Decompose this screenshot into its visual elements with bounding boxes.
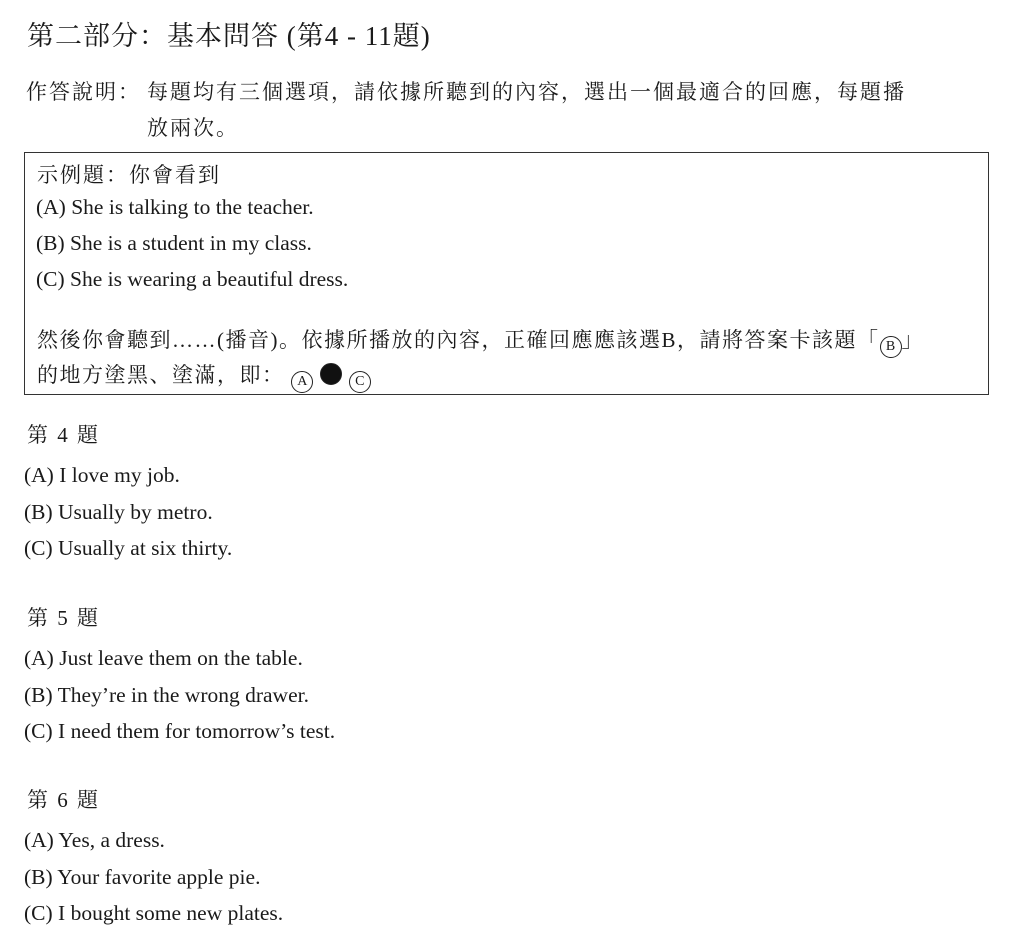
- question-heading: 第 4 題: [27, 420, 232, 457]
- question-6: 第 6 題 (A) Yes, a dress. (B) Your favorit…: [24, 785, 283, 932]
- bubble-c-empty-icon: C: [349, 371, 371, 393]
- question-heading: 第 6 題: [27, 785, 283, 822]
- question-4: 第 4 題 (A) I love my job. (B) Usually by …: [24, 420, 232, 567]
- example-note-line2: 的地方塗黑、塗滿，即：: [37, 363, 285, 387]
- instructions-text-line2: 放兩次。: [26, 110, 986, 146]
- question-heading: 第 5 題: [27, 603, 335, 640]
- option-c: (C) Usually at six thirty.: [24, 530, 232, 567]
- option-a: (A) I love my job.: [24, 457, 232, 494]
- example-note-text: 然後你會聽到……(播音)。依據所播放的內容，正確回應應該選B，請將答案卡該題「: [37, 328, 880, 352]
- instructions-text-line1: 每題均有三個選項，請依據所聽到的內容，選出一個最適合的回應，每題播: [147, 80, 906, 104]
- option-c: (C) I bought some new plates.: [24, 895, 283, 932]
- question-5: 第 5 題 (A) Just leave them on the table. …: [24, 603, 335, 750]
- bubble-a-empty-icon: A: [291, 371, 313, 393]
- example-box: 示例題：你會看到 (A) She is talking to the teach…: [24, 152, 989, 395]
- example-option-b: (B) She is a student in my class.: [36, 231, 312, 256]
- example-note-bracket: 」: [902, 328, 925, 352]
- example-option-c: (C) She is wearing a beautiful dress.: [36, 267, 348, 292]
- option-a: (A) Yes, a dress.: [24, 822, 283, 859]
- bubble-b-filled-icon: [320, 363, 342, 385]
- example-option-a: (A) She is talking to the teacher.: [36, 195, 314, 220]
- section-title: 第二部分：基本問答 (第4 - 11題): [27, 14, 431, 53]
- example-note: 然後你會聽到……(播音)。依據所播放的內容，正確回應應該選B，請將答案卡該題「B…: [37, 323, 982, 393]
- answer-bubble-b-icon: B: [880, 336, 902, 358]
- option-b: (B) Your favorite apple pie.: [24, 859, 283, 896]
- instructions: 作答說明：每題均有三個選項，請依據所聽到的內容，選出一個最適合的回應，每題播 放…: [26, 74, 986, 146]
- option-c: (C) I need them for tomorrow’s test.: [24, 713, 335, 750]
- example-heading: 示例題：你會看到: [37, 159, 221, 189]
- instructions-label: 作答說明：: [26, 74, 147, 110]
- option-b: (B) Usually by metro.: [24, 494, 232, 531]
- option-a: (A) Just leave them on the table.: [24, 640, 335, 677]
- option-b: (B) They’re in the wrong drawer.: [24, 677, 335, 714]
